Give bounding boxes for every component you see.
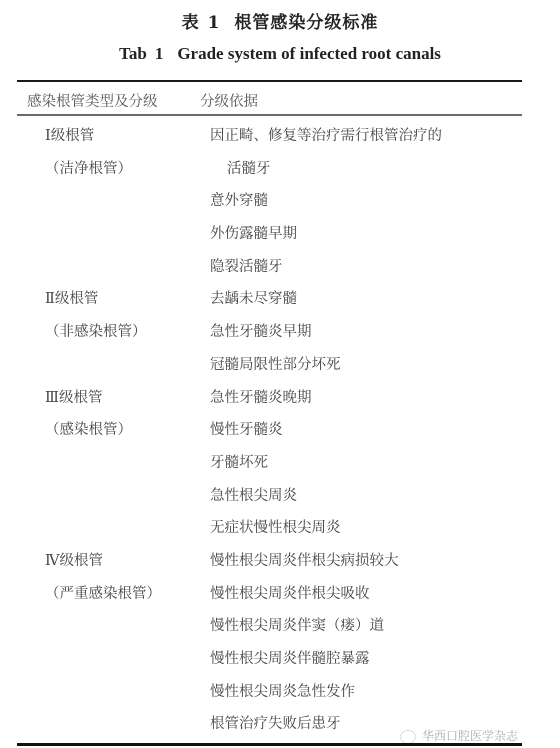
criterion-cell: 去龋未尽穿髓 xyxy=(210,287,297,308)
criterion-cell: 慢性根尖周炎伴窦（瘘）道 xyxy=(210,614,384,635)
criterion-cell: 因正畸、修复等治疗需行根管治疗的 xyxy=(210,124,442,145)
table-row: （感染根管）慢性牙髓炎 xyxy=(0,414,560,447)
title-cn-number: 1 xyxy=(208,13,221,33)
watermark: 华西口腔医学杂志 xyxy=(400,727,518,744)
table-row: 急性根尖周炎 xyxy=(0,480,560,513)
table-row: Ⅲ级根管急性牙髓炎晚期 xyxy=(0,382,560,415)
title-en-prefix: Tab xyxy=(119,44,147,63)
table-row: 无症状慢性根尖周炎 xyxy=(0,512,560,545)
table-row: 冠髓局限性部分坏死 xyxy=(0,349,560,382)
table-row: 牙髓坏死 xyxy=(0,447,560,480)
table-row: 慢性根尖周炎伴髓腔暴露 xyxy=(0,643,560,676)
criterion-cell: 慢性根尖周炎伴根尖病损较大 xyxy=(210,549,399,570)
grade-cell: （严重感染根管） xyxy=(45,582,161,603)
table-header-rule xyxy=(17,114,522,116)
table-row: Ⅰ级根管因正畸、修复等治疗需行根管治疗的 xyxy=(0,120,560,153)
watermark-text: 华西口腔医学杂志 xyxy=(422,729,518,743)
criterion-cell: 慢性根尖周炎伴根尖吸收 xyxy=(210,582,370,603)
table-row: Ⅱ级根管去龋未尽穿髓 xyxy=(0,283,560,316)
table-row: 意外穿髓 xyxy=(0,185,560,218)
wechat-icon xyxy=(400,730,416,744)
criterion-cell: 根管治疗失败后患牙 xyxy=(210,712,341,733)
criterion-cell: 慢性根尖周炎伴髓腔暴露 xyxy=(210,647,370,668)
criterion-cell: 慢性根尖周炎急性发作 xyxy=(210,680,355,701)
grade-cell: （洁净根管） xyxy=(45,157,132,178)
title-cn-text: 根管感染分级标准 xyxy=(234,13,378,33)
criterion-cell: 牙髓坏死 xyxy=(210,451,268,472)
criterion-cell: 急性牙髓炎晚期 xyxy=(210,386,312,407)
table-row: 慢性根尖周炎伴窦（瘘）道 xyxy=(0,610,560,643)
table-body: Ⅰ级根管因正畸、修复等治疗需行根管治疗的 （洁净根管）活髓牙 意外穿髓 外伤露髓… xyxy=(0,120,560,741)
criterion-cell: 急性牙髓炎早期 xyxy=(210,320,312,341)
table-row: Ⅳ级根管慢性根尖周炎伴根尖病损较大 xyxy=(0,545,560,578)
column-header-grade: 感染根管类型及分级 xyxy=(27,90,158,111)
table-title-english: Tab1Grade system of infected root canals xyxy=(0,44,560,64)
table-bottom-rule xyxy=(17,743,522,746)
grade-cell: Ⅲ级根管 xyxy=(45,386,102,407)
grade-cell: （非感染根管） xyxy=(45,320,147,341)
criterion-cell: 隐裂活髓牙 xyxy=(210,255,283,276)
title-cn-prefix: 表 xyxy=(182,13,200,33)
criterion-cell: 冠髓局限性部分坏死 xyxy=(210,353,341,374)
table-row: 隐裂活髓牙 xyxy=(0,251,560,284)
table-title-chinese: 表1根管感染分级标准 xyxy=(0,8,560,33)
grade-cell: Ⅰ级根管 xyxy=(45,124,94,145)
title-en-text: Grade system of infected root canals xyxy=(177,44,441,63)
table-row: 外伤露髓早期 xyxy=(0,218,560,251)
table-row: （严重感染根管）慢性根尖周炎伴根尖吸收 xyxy=(0,578,560,611)
table-row: （洁净根管）活髓牙 xyxy=(0,153,560,186)
criterion-cell: 慢性牙髓炎 xyxy=(210,418,283,439)
criterion-cell: 意外穿髓 xyxy=(210,189,268,210)
criterion-cell: 急性根尖周炎 xyxy=(210,484,297,505)
table-row: （非感染根管）急性牙髓炎早期 xyxy=(0,316,560,349)
criterion-cell: 外伤露髓早期 xyxy=(210,222,297,243)
table-top-rule xyxy=(17,80,522,82)
criterion-cell: 无症状慢性根尖周炎 xyxy=(210,516,341,537)
grade-cell: （感染根管） xyxy=(45,418,132,439)
grade-cell: Ⅳ级根管 xyxy=(45,549,103,570)
title-en-number: 1 xyxy=(155,44,164,63)
criterion-cell: 活髓牙 xyxy=(227,157,271,178)
table-row: 慢性根尖周炎急性发作 xyxy=(0,676,560,709)
column-header-criteria: 分级依据 xyxy=(200,90,258,111)
grade-cell: Ⅱ级根管 xyxy=(45,287,98,308)
